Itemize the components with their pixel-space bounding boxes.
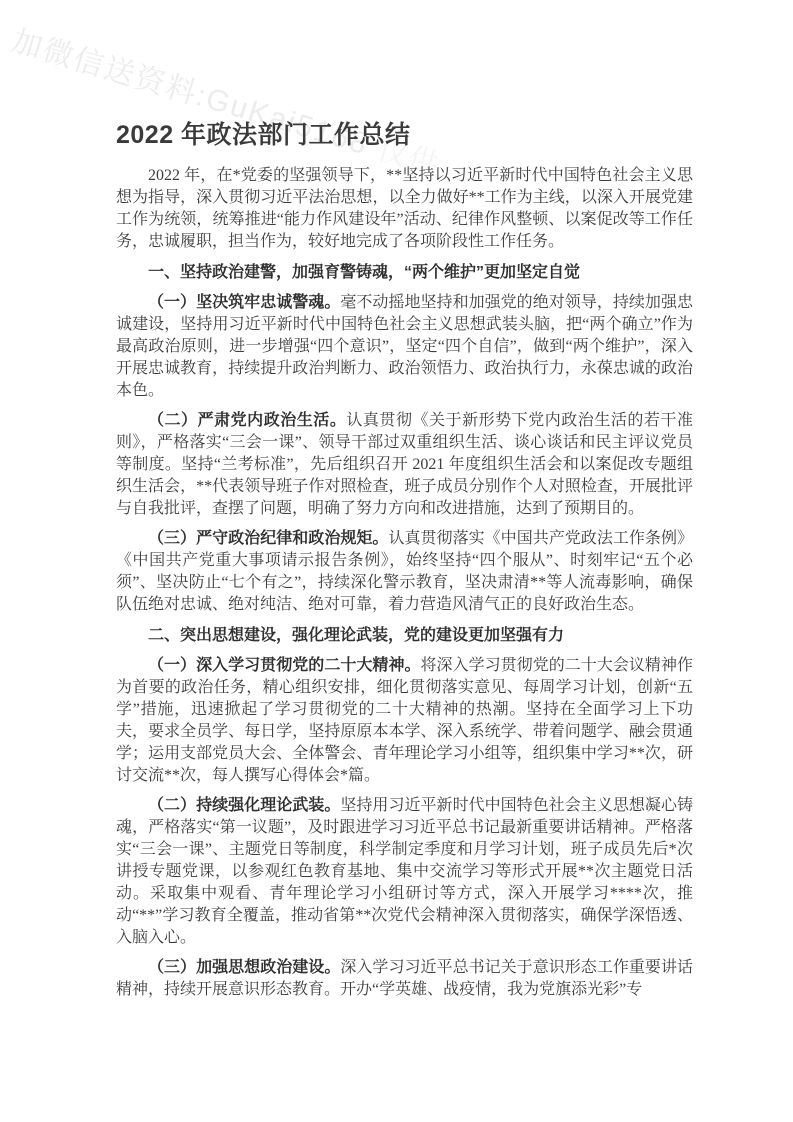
section-2-item-1-text: 将深入学习贯彻党的二十大会议精神作为首要的政治任务，精心组织安排，细化贯彻落实意… xyxy=(116,657,693,784)
document-page: 加微信送资料:GuKai5168 仅供 2022 年政法部门工作总结 2022 … xyxy=(0,0,793,1122)
section-2-item-3: （三）加强思想政治建设。深入学习习近平总书记关于意识形态工作重要讲话精神，持续开… xyxy=(116,957,693,1001)
section-2-item-1-lead: （一）深入学习贯彻党的二十大精神。 xyxy=(148,657,421,674)
document-content: 2022 年政法部门工作总结 2022 年，在*党委的坚强领导下，**坚持以习近… xyxy=(0,0,793,1001)
document-title: 2022 年政法部门工作总结 xyxy=(116,119,693,151)
section-1-item-3-lead: （三）严守政治纪律和政治规矩。 xyxy=(148,530,388,547)
section-1-item-2: （二）严肃党内政治生活。认真贯彻《关于新形势下党内政治生活的若干准则》，严格落实… xyxy=(116,410,693,520)
section-1-item-1-lead: （一）坚决筑牢忠诚警魂。 xyxy=(148,294,340,311)
section-1-item-3: （三）严守政治纪律和政治规矩。认真贯彻落实《中国共产党政法工作条例》《中国共产党… xyxy=(116,528,693,616)
section-2-item-2: （二）持续强化理论武装。坚持用习近平新时代中国特色社会主义思想凝心铸魂，严格落实… xyxy=(116,795,693,949)
section-2-item-1: （一）深入学习贯彻党的二十大精神。将深入学习贯彻党的二十大会议精神作为首要的政治… xyxy=(116,655,693,787)
section-2-item-3-lead: （三）加强思想政治建设。 xyxy=(148,959,340,976)
section-2-heading: 二、突出思想建设，强化理论武装，党的建设更加坚强有力 xyxy=(116,625,693,647)
section-1-heading: 一、坚持政治建警，加强育警铸魂，“两个维护”更加坚定自觉 xyxy=(116,262,693,284)
section-1-item-2-lead: （二）严肃党内政治生活。 xyxy=(148,412,346,429)
section-2-item-2-lead: （二）持续强化理论武装。 xyxy=(148,797,340,814)
section-2-item-2-text: 坚持用习近平新时代中国特色社会主义思想凝心铸魂，严格落实“第一议题”，及时跟进学… xyxy=(116,797,693,946)
intro-paragraph: 2022 年，在*党委的坚强领导下，**坚持以习近平新时代中国特色社会主义思想为… xyxy=(116,165,693,253)
section-1-item-1: （一）坚决筑牢忠诚警魂。毫不动摇地坚持和加强党的绝对领导，持续加强忠诚建设，坚持… xyxy=(116,292,693,402)
